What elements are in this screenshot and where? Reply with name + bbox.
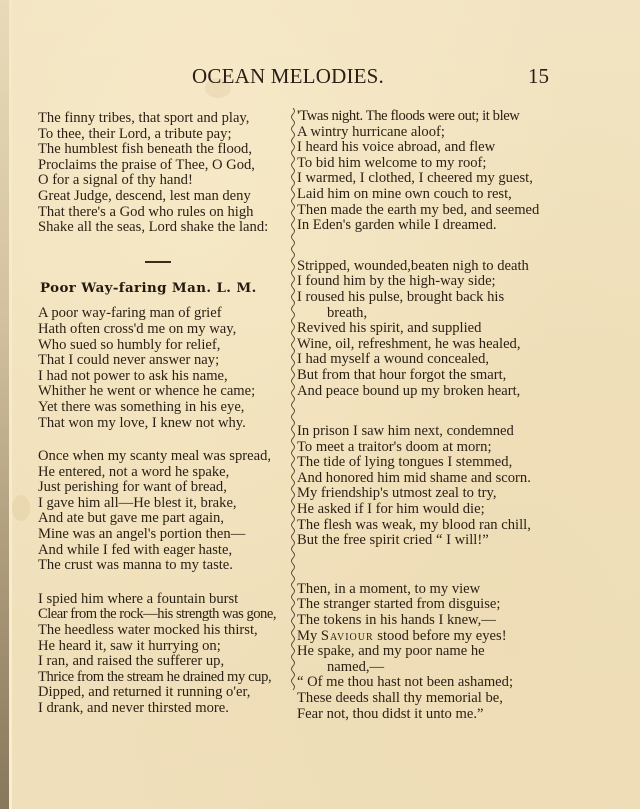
verse-line: Mine was an angel's portion then—	[38, 527, 283, 543]
verse-line: Just perishing for want of bread,	[38, 480, 283, 496]
verse-line: In prison I saw him next, condemned	[297, 424, 553, 440]
verse-line: Then made the earth my bed, and seemed	[297, 203, 553, 219]
stanza: The finny tribes, that sport and play, T…	[38, 111, 283, 236]
page-number: 15	[528, 64, 549, 89]
page-edge-shadow	[0, 0, 9, 809]
verse-line: A poor way-faring man of grief	[38, 306, 283, 322]
verse-line: I heard his voice abroad, and flew	[297, 140, 553, 156]
stanza: 'Twas night. The floods were out; it ble…	[297, 109, 553, 234]
verse-line: The stranger started from disguise;	[297, 597, 553, 613]
verse-line: I found him by the high-way side;	[297, 274, 553, 290]
verse-line: The tokens in his hands I knew,—	[297, 613, 553, 629]
verse-line: A wintry hurricane aloof;	[297, 125, 553, 141]
paper-stain	[12, 495, 30, 521]
verse-line: I had myself a wound concealed,	[297, 352, 553, 368]
verse-line: And ate but gave me part again,	[38, 511, 283, 527]
verse-line: Laid him on mine own couch to rest,	[297, 187, 553, 203]
verse-line: And while I fed with eager haste,	[38, 543, 283, 559]
verse-line: That there's a God who rules on high	[38, 205, 283, 221]
verse-line: These deeds shall thy memorial be,	[297, 691, 553, 707]
verse-line: To meet a traitor's doom at morn;	[297, 440, 553, 456]
verse-line: My friendship's utmost zeal to try,	[297, 486, 553, 502]
verse-line: My Saviour stood before my eyes!	[297, 629, 553, 645]
verse-line: The crust was manna to my taste.	[38, 558, 283, 574]
verse-line: Hath often cross'd me on my way,	[38, 322, 283, 338]
stanza: Once when my scanty meal was spread, He …	[38, 449, 283, 574]
verse-line: He asked if I for him would die;	[297, 502, 553, 518]
verse-line: He heard it, saw it hurrying on;	[38, 639, 283, 655]
verse-line: To thee, their Lord, a tribute pay;	[38, 127, 283, 143]
verse-line: I ran, and raised the sufferer up,	[38, 654, 283, 670]
verse-line: Stripped, wounded,beaten nigh to death	[297, 259, 553, 275]
verse-line: I gave him all—He blest it, brake,	[38, 496, 283, 512]
verse-line: I had not power to ask his name,	[38, 369, 283, 385]
verse-line: The flesh was weak, my blood ran chill,	[297, 518, 553, 534]
verse-line: The heedless water mocked his thirst,	[38, 623, 283, 639]
verse-line: In Eden's garden while I dreamed.	[297, 218, 553, 234]
verse-line: Whither he went or whence he came;	[38, 384, 283, 400]
verse-line: Revived his spirit, and supplied	[297, 321, 553, 337]
verse-line: Fear not, thou didst it unto me.”	[297, 707, 553, 723]
verse-line: Shake all the seas, Lord shake the land:	[38, 220, 283, 236]
book-page: OCEAN MELODIES. 15 The finny tribes, tha…	[0, 0, 640, 809]
verse-line: 'Twas night. The floods were out; it ble…	[297, 109, 553, 125]
verse-line: That I could never answer nay;	[38, 353, 283, 369]
verse-line: Proclaims the praise of Thee, O God,	[38, 158, 283, 174]
verse-line: I spied him where a fountain burst	[38, 592, 283, 608]
verse-line: Yet there was something in his eye,	[38, 400, 283, 416]
verse-line: That won my love, I knew not why.	[38, 416, 283, 432]
running-title: OCEAN MELODIES.	[192, 64, 384, 89]
verse-line: But from that hour forgot the smart,	[297, 368, 553, 384]
verse-line: But the free spirit cried “ I will!”	[297, 533, 553, 549]
verse-line: To bid him welcome to my roof;	[297, 156, 553, 172]
verse-line: Great Judge, descend, lest man deny	[38, 189, 283, 205]
stanza: A poor way-faring man of grief Hath ofte…	[38, 306, 283, 431]
verse-line: He entered, not a word he spake,	[38, 465, 283, 481]
verse-line: Then, in a moment, to my view	[297, 582, 553, 598]
verse-line: And honored him mid shame and scorn.	[297, 471, 553, 487]
running-head: OCEAN MELODIES. 15	[0, 64, 640, 94]
verse-line: I drank, and never thirsted more.	[38, 701, 283, 717]
verse-line-continuation: breath,	[297, 306, 553, 322]
verse-line: Who sued so humbly for relief,	[38, 338, 283, 354]
verse-line-continuation: named,—	[297, 660, 553, 676]
right-column: 'Twas night. The floods were out; it ble…	[297, 109, 553, 722]
verse-line: Clear from the rock—his strength was gon…	[38, 607, 283, 623]
verse-line: The tide of lying tongues I stemmed,	[297, 455, 553, 471]
verse-line: The humblest fish beneath the flood,	[38, 142, 283, 158]
stanza: I spied him where a fountain burst Clear…	[38, 592, 283, 717]
section-divider	[38, 236, 283, 281]
section-rule	[145, 261, 171, 263]
verse-line: And peace bound up my broken heart,	[297, 384, 553, 400]
verse-line: I roused his pulse, brought back his	[297, 290, 553, 306]
verse-fragment: stood before my eyes!	[374, 628, 507, 644]
hymn-title: Poor Way-faring Man. L. M.	[38, 281, 283, 297]
left-column: The finny tribes, that sport and play, T…	[38, 111, 283, 717]
verse-fragment: My	[297, 628, 321, 644]
stanza: In prison I saw him next, condemned To m…	[297, 424, 553, 549]
verse-line: O for a signal of thy hand!	[38, 173, 283, 189]
verse-line: Once when my scanty meal was spread,	[38, 449, 283, 465]
stanza: Stripped, wounded,beaten nigh to death I…	[297, 259, 553, 399]
saviour-smallcaps: Saviour	[321, 628, 374, 644]
verse-line: Dipped, and returned it running o'er,	[38, 685, 283, 701]
stanza: Then, in a moment, to my view The strang…	[297, 582, 553, 722]
verse-line: The finny tribes, that sport and play,	[38, 111, 283, 127]
verse-line: “ Of me thou hast not been ashamed;	[297, 675, 553, 691]
verse-line: I warmed, I clothed, I cheered my guest,	[297, 171, 553, 187]
verse-line: He spake, and my poor name he	[297, 644, 553, 660]
verse-line: Thrice from the stream he drained my cup…	[38, 670, 283, 686]
verse-line: Wine, oil, refreshment, he was healed,	[297, 337, 553, 353]
